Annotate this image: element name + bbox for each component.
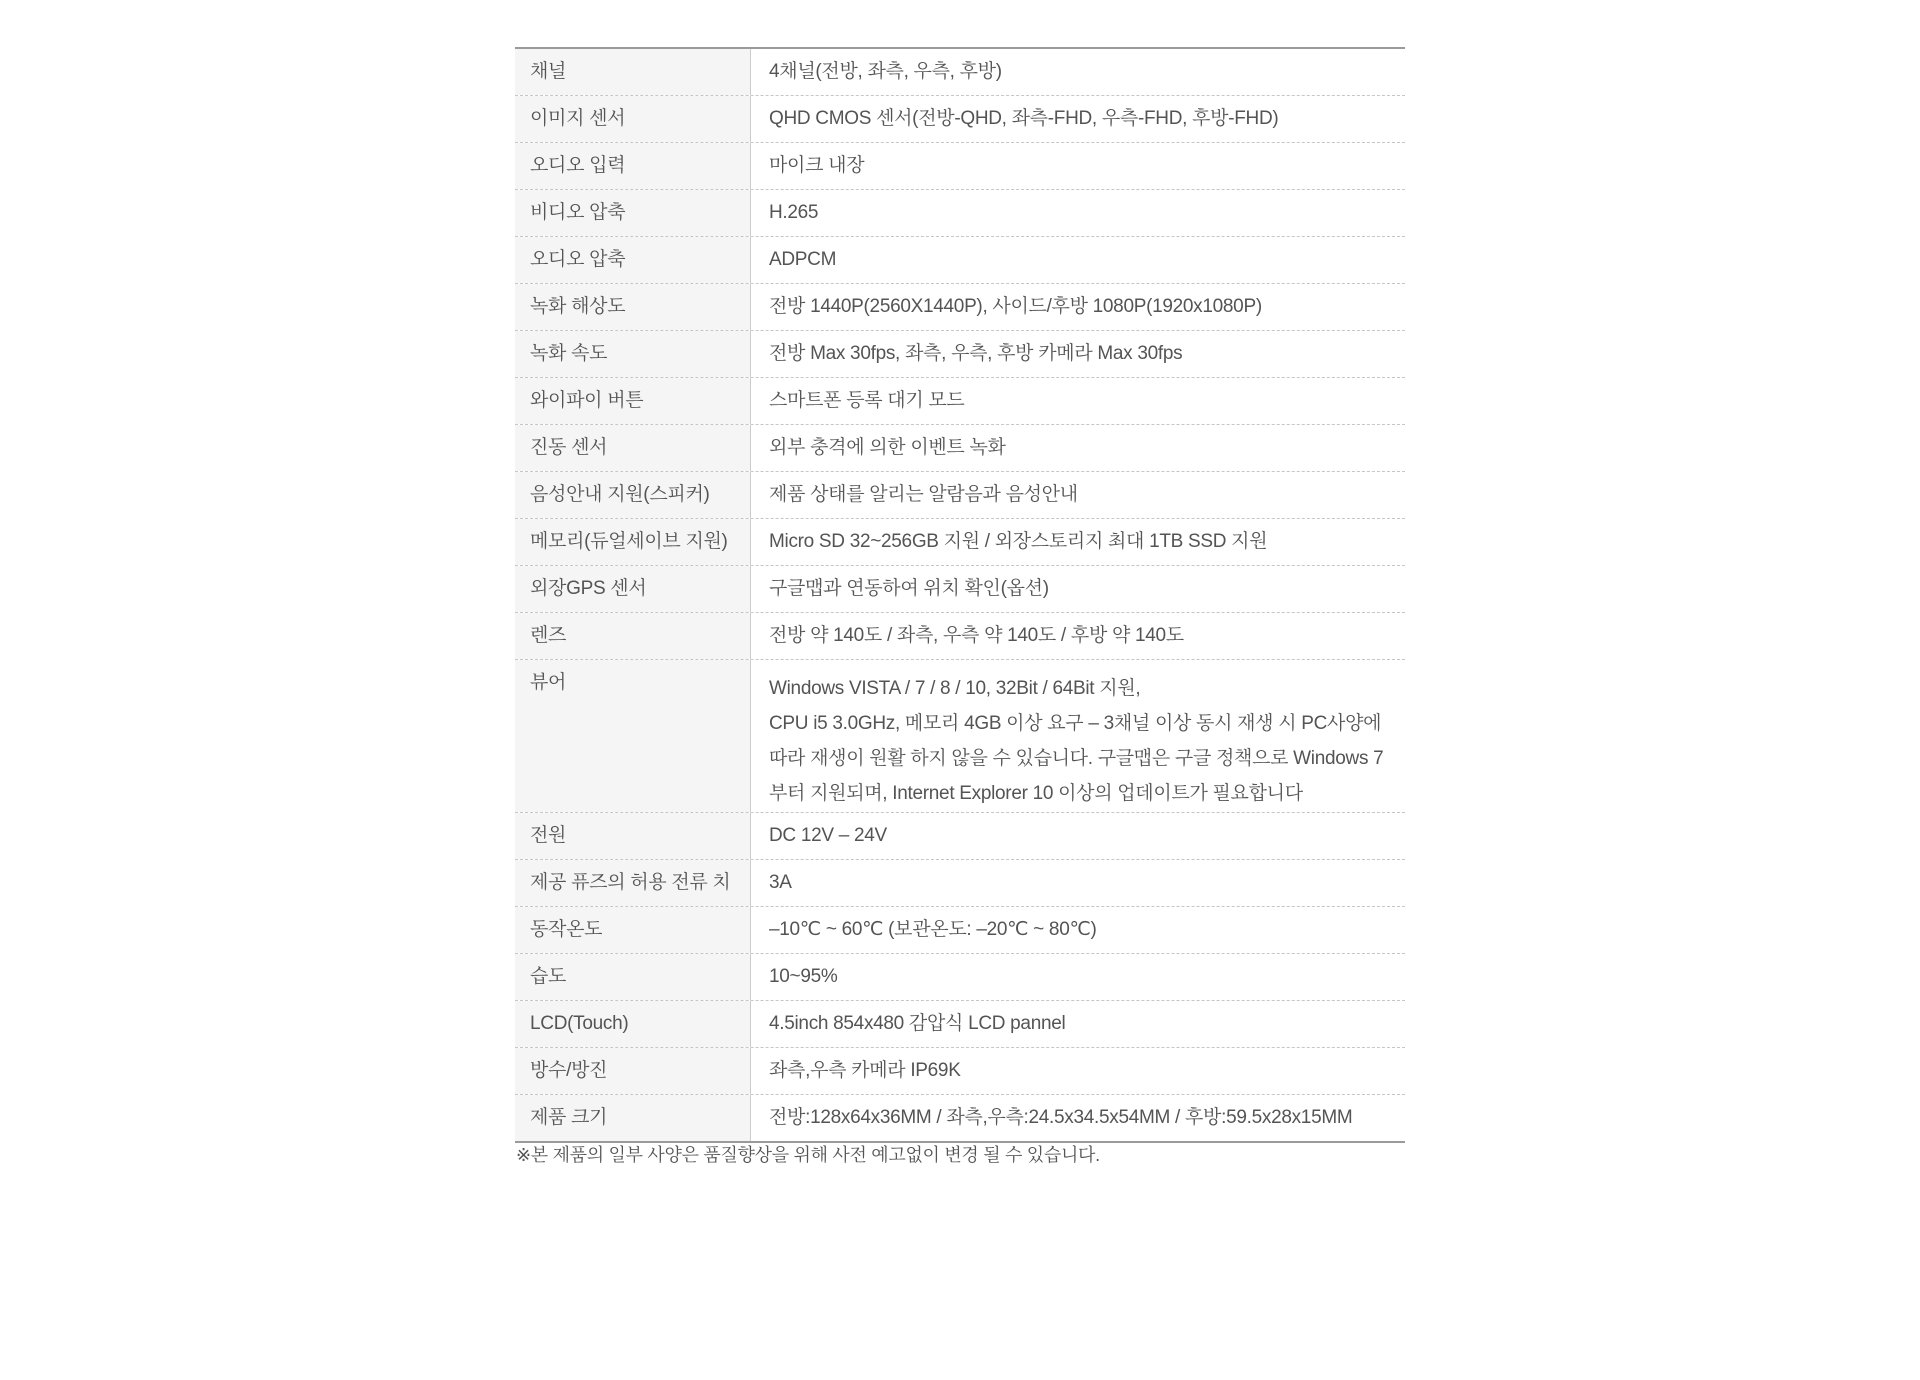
spec-label: 녹화 해상도 (515, 284, 751, 330)
spec-label: 오디오 압축 (515, 237, 751, 283)
spec-label: 렌즈 (515, 613, 751, 659)
spec-value: DC 12V – 24V (751, 813, 1405, 859)
spec-row: 렌즈 전방 약 140도 / 좌측, 우측 약 140도 / 후방 약 140도 (515, 612, 1405, 659)
spec-row: 방수/방진 좌측,우측 카메라 IP69K (515, 1047, 1405, 1094)
page: { "page": { "background": "#ffffff", "te… (0, 0, 1920, 1380)
spec-value: ADPCM (751, 237, 1405, 283)
spec-row: 녹화 해상도 전방 1440P(2560X1440P), 사이드/후방 1080… (515, 283, 1405, 330)
spec-label: 외장GPS 센서 (515, 566, 751, 612)
spec-value: 3A (751, 860, 1405, 906)
spec-value: 전방 Max 30fps, 좌측, 우측, 후방 카메라 Max 30fps (751, 331, 1405, 377)
spec-value: 전방 1440P(2560X1440P), 사이드/후방 1080P(1920x… (751, 284, 1405, 330)
spec-value: 4채널(전방, 좌측, 우측, 후방) (751, 49, 1405, 95)
spec-label: 이미지 센서 (515, 96, 751, 142)
spec-row: 동작온도 –10℃ ~ 60℃ (보관온도: –20℃ ~ 80℃) (515, 906, 1405, 953)
spec-value: 전방 약 140도 / 좌측, 우측 약 140도 / 후방 약 140도 (751, 613, 1405, 659)
spec-label: 와이파이 버튼 (515, 378, 751, 424)
spec-row: 습도 10~95% (515, 953, 1405, 1000)
spec-value: H.265 (751, 190, 1405, 236)
spec-row: 이미지 센서 QHD CMOS 센서(전방-QHD, 좌측-FHD, 우측-FH… (515, 95, 1405, 142)
spec-value: Windows VISTA / 7 / 8 / 10, 32Bit / 64Bi… (751, 660, 1405, 812)
spec-label: 제공 퓨즈의 허용 전류 치 (515, 860, 751, 906)
spec-row: 제공 퓨즈의 허용 전류 치 3A (515, 859, 1405, 906)
spec-row: 메모리(듀얼세이브 지원) Micro SD 32~256GB 지원 / 외장스… (515, 518, 1405, 565)
spec-label: 뷰어 (515, 660, 751, 812)
spec-label: 동작온도 (515, 907, 751, 953)
spec-table: 채널 4채널(전방, 좌측, 우측, 후방) 이미지 센서 QHD CMOS 센… (515, 47, 1405, 1143)
spec-row: 비디오 압축 H.265 (515, 189, 1405, 236)
spec-row: 와이파이 버튼 스마트폰 등록 대기 모드 (515, 377, 1405, 424)
spec-label: 진동 센서 (515, 425, 751, 471)
spec-row: 진동 센서 외부 충격에 의한 이벤트 녹화 (515, 424, 1405, 471)
spec-value: 좌측,우측 카메라 IP69K (751, 1048, 1405, 1094)
spec-label: 녹화 속도 (515, 331, 751, 377)
spec-label: 제품 크기 (515, 1095, 751, 1141)
spec-value: 스마트폰 등록 대기 모드 (751, 378, 1405, 424)
spec-row: 제품 크기 전방:128x64x36MM / 좌측,우측:24.5x34.5x5… (515, 1094, 1405, 1141)
spec-row: 오디오 입력 마이크 내장 (515, 142, 1405, 189)
spec-value: 10~95% (751, 954, 1405, 1000)
spec-label: 습도 (515, 954, 751, 1000)
spec-row: 음성안내 지원(스피커) 제품 상태를 알리는 알람음과 음성안내 (515, 471, 1405, 518)
spec-label: 오디오 입력 (515, 143, 751, 189)
spec-label: 비디오 압축 (515, 190, 751, 236)
spec-value: 전방:128x64x36MM / 좌측,우측:24.5x34.5x54MM / … (751, 1095, 1405, 1141)
spec-row: 채널 4채널(전방, 좌측, 우측, 후방) (515, 49, 1405, 95)
spec-value: 구글맵과 연동하여 위치 확인(옵션) (751, 566, 1405, 612)
spec-value: 4.5inch 854x480 감압식 LCD pannel (751, 1001, 1405, 1047)
spec-row: LCD(Touch) 4.5inch 854x480 감압식 LCD panne… (515, 1000, 1405, 1047)
spec-label: LCD(Touch) (515, 1001, 751, 1047)
spec-value: 마이크 내장 (751, 143, 1405, 189)
footnote: ※본 제품의 일부 사양은 품질향상을 위해 사전 예고없이 변경 될 수 있습… (516, 1141, 1100, 1167)
spec-label: 채널 (515, 49, 751, 95)
spec-value: Micro SD 32~256GB 지원 / 외장스토리지 최대 1TB SSD… (751, 519, 1405, 565)
spec-label: 방수/방진 (515, 1048, 751, 1094)
spec-row: 녹화 속도 전방 Max 30fps, 좌측, 우측, 후방 카메라 Max 3… (515, 330, 1405, 377)
spec-label: 음성안내 지원(스피커) (515, 472, 751, 518)
spec-row: 전원 DC 12V – 24V (515, 812, 1405, 859)
spec-label: 메모리(듀얼세이브 지원) (515, 519, 751, 565)
spec-value: 제품 상태를 알리는 알람음과 음성안내 (751, 472, 1405, 518)
spec-value: QHD CMOS 센서(전방-QHD, 좌측-FHD, 우측-FHD, 후방-F… (751, 96, 1405, 142)
spec-row: 오디오 압축 ADPCM (515, 236, 1405, 283)
spec-value: 외부 충격에 의한 이벤트 녹화 (751, 425, 1405, 471)
spec-row: 외장GPS 센서 구글맵과 연동하여 위치 확인(옵션) (515, 565, 1405, 612)
spec-value: –10℃ ~ 60℃ (보관온도: –20℃ ~ 80℃) (751, 907, 1405, 953)
spec-label: 전원 (515, 813, 751, 859)
spec-row: 뷰어 Windows VISTA / 7 / 8 / 10, 32Bit / 6… (515, 659, 1405, 812)
